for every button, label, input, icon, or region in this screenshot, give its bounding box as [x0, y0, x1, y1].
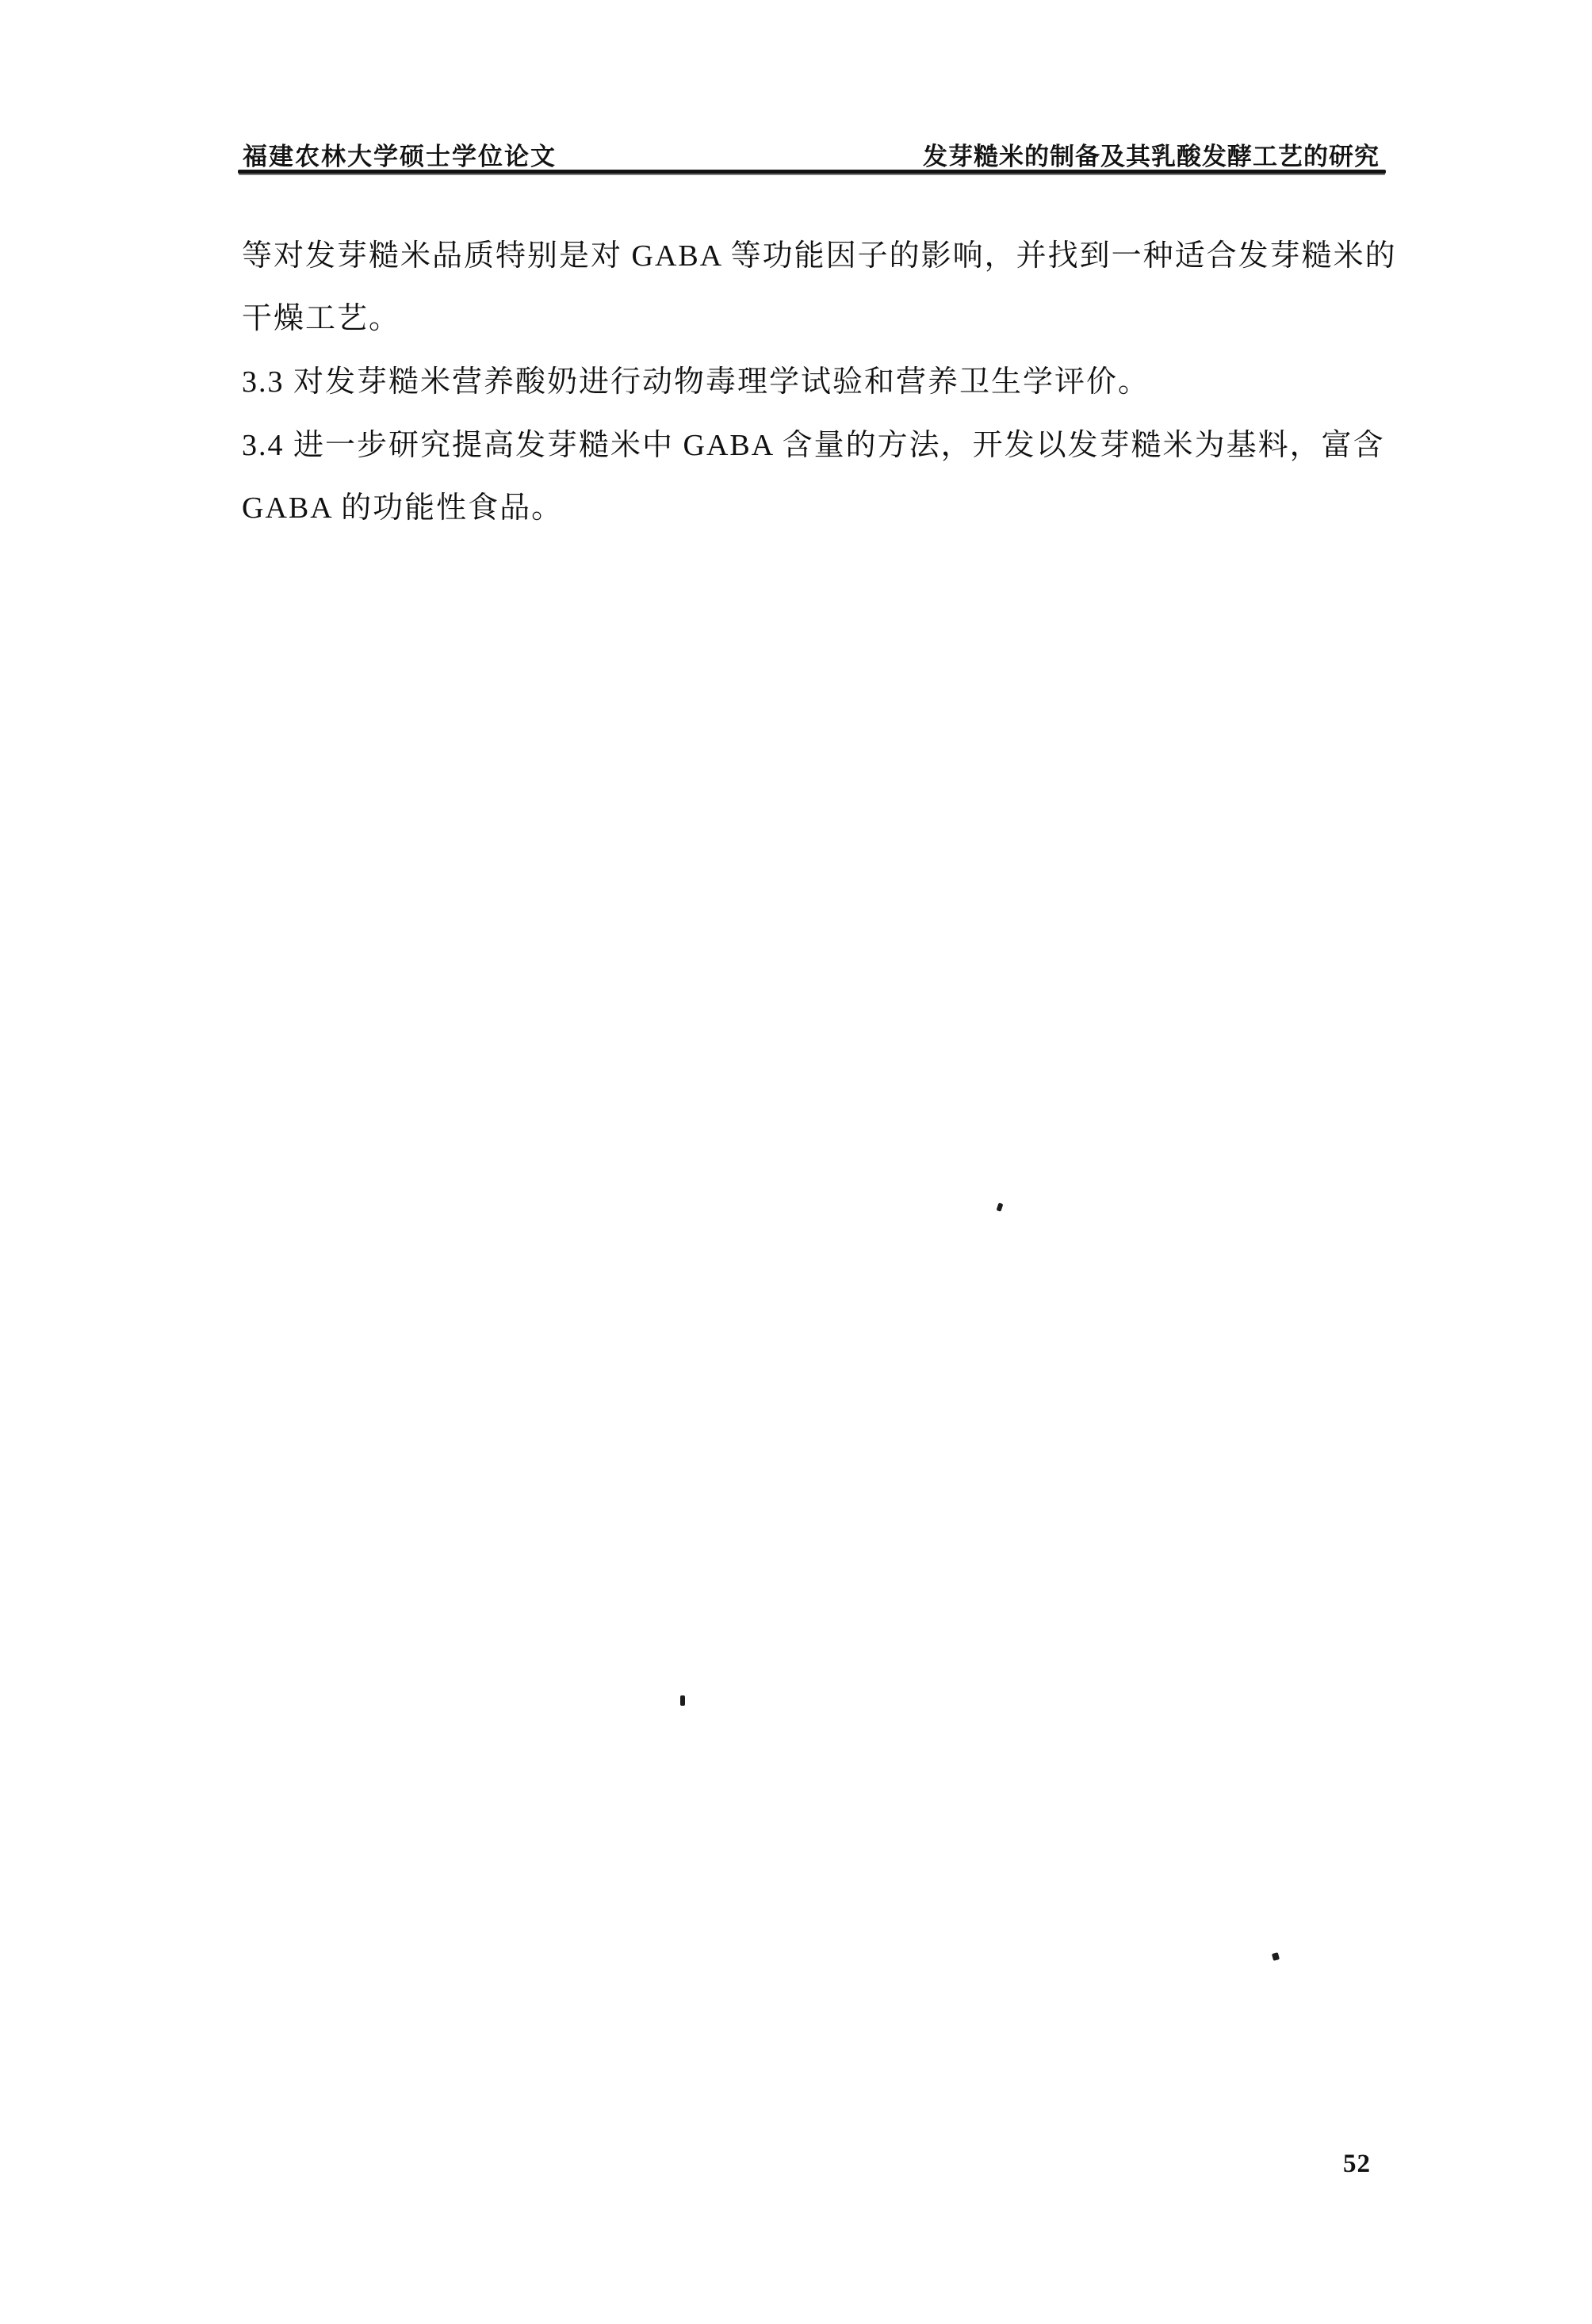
header-right-title: 发芽糙米的制备及其乳酸发酵工艺的研究 [923, 136, 1380, 172]
header-rule [238, 170, 1386, 174]
body-line-item-3-4: 3.4 进一步研究提高发芽糙米中 GABA 含量的方法，开发以发芽糙米为基料，富… [242, 427, 1385, 464]
body-line-continuation: 等对发芽糙米品质特别是对 GABA 等功能因子的影响，并找到一种适合发芽糙米的 [242, 238, 1397, 274]
thesis-scanned-page: 福建农林大学硕士学位论文 发芽糙米的制备及其乳酸发酵工艺的研究 等对发芽糙米品质… [0, 0, 1592, 2324]
scan-speck [680, 1695, 685, 1706]
scan-speck [997, 1202, 1004, 1211]
scan-speck [1272, 1952, 1280, 1961]
page-number: 52 [1343, 2150, 1371, 2179]
header-left-title: 福建农林大学硕士学位论文 [243, 136, 557, 172]
body-line-continuation-end: 干燥工艺。 [242, 300, 400, 337]
body-line-item-3-4-end: GABA 的功能性食品。 [242, 490, 563, 526]
body-line-item-3-3: 3.3 对发芽糙米营养酸奶进行动物毒理学试验和营养卫生学评价。 [242, 364, 1150, 400]
